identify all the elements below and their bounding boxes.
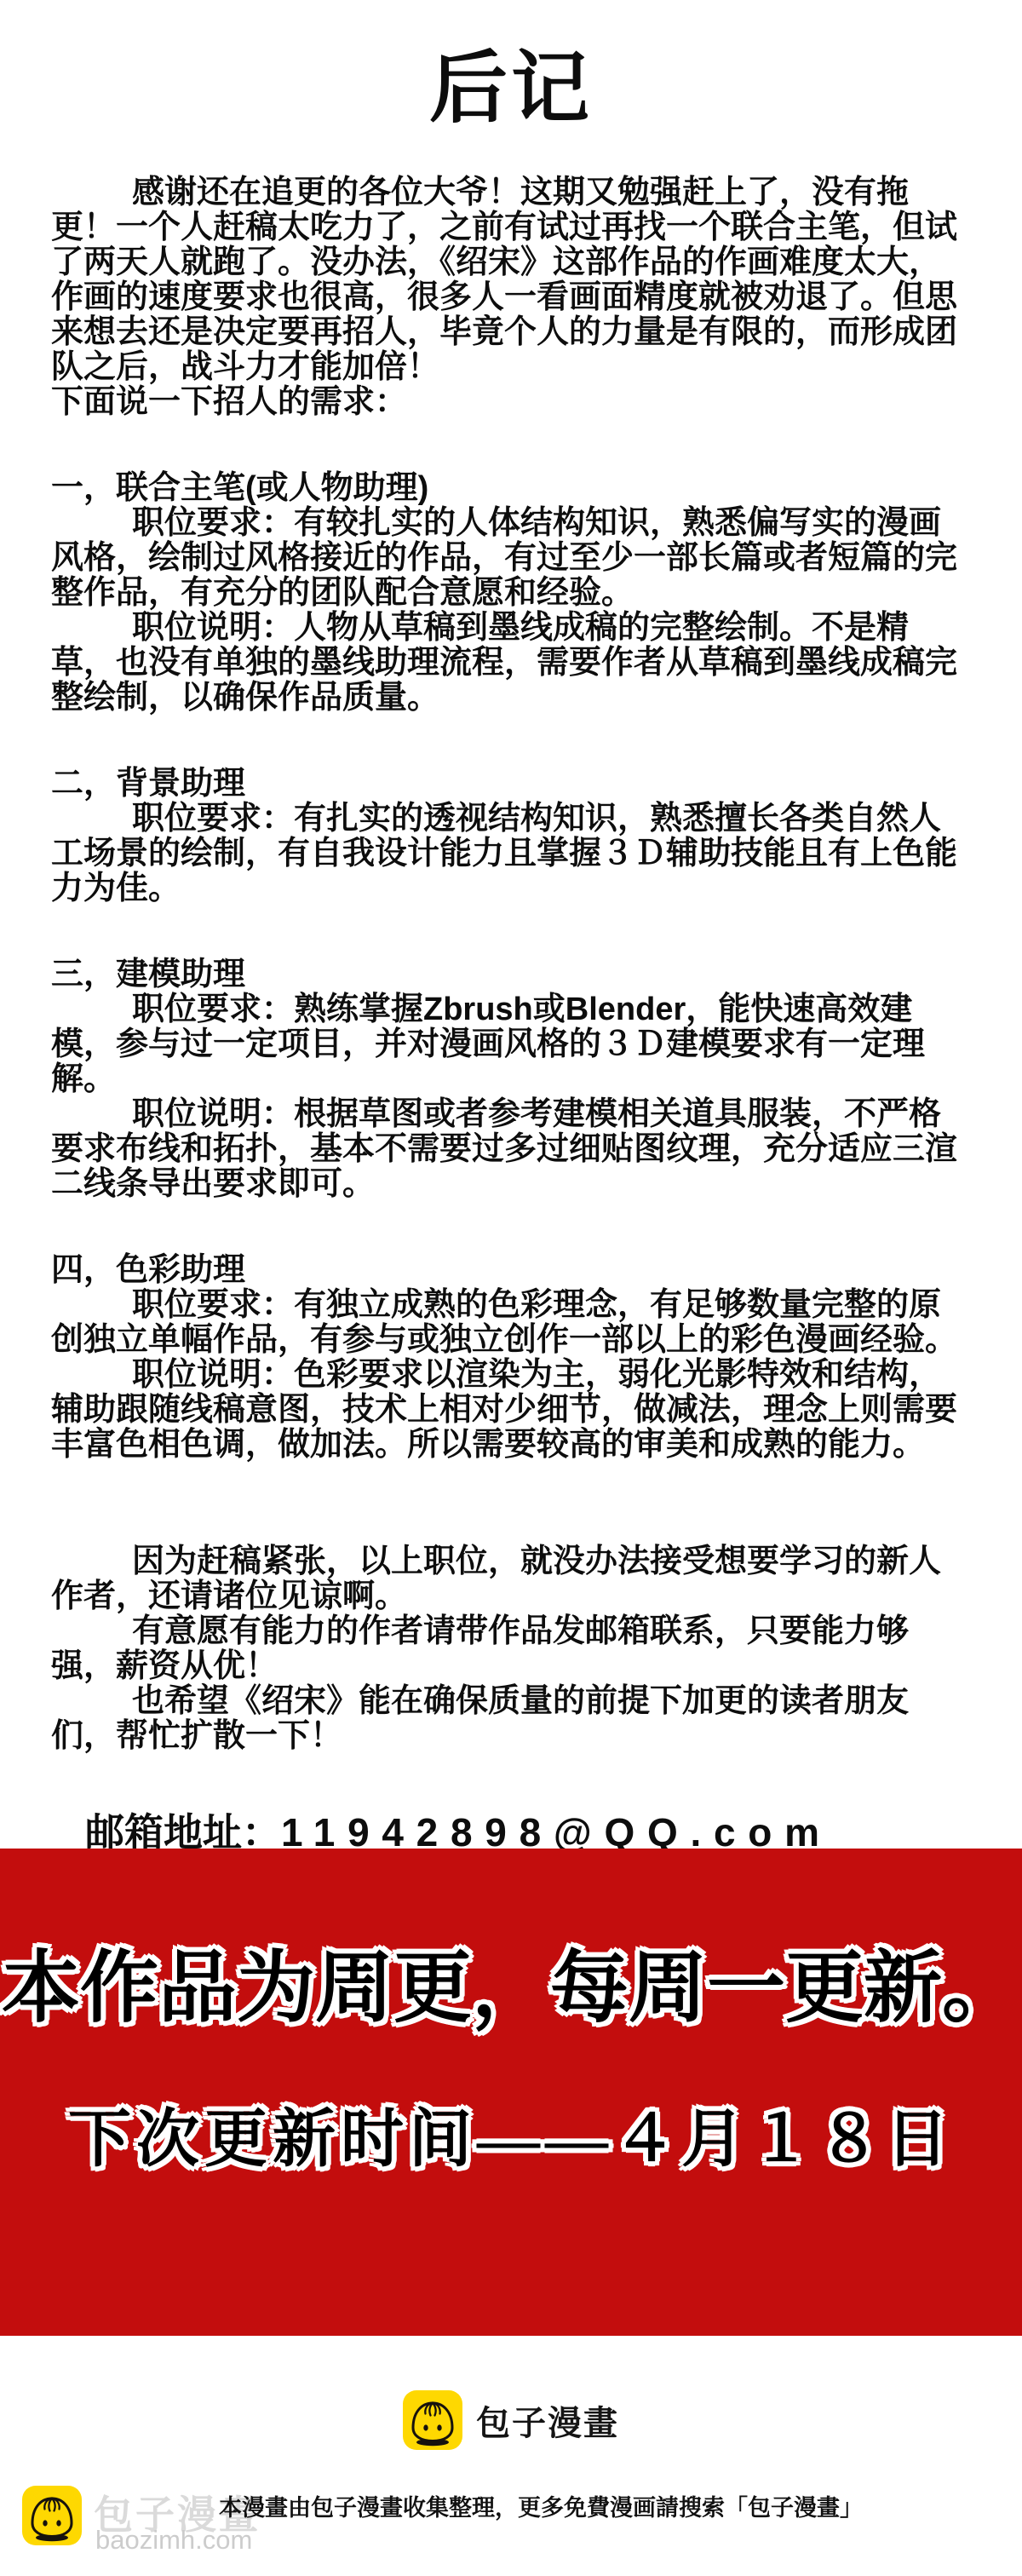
intro-paragraph: 感谢还在追更的各位大爷！这期又勉强赶上了，没有拖更！一个人赶稿太吃力了，之前有试…: [51, 175, 971, 385]
footer-bar: 包子漫畫 baozimh.com 本漫畫由包子漫畫收集整理，更多免費漫画請搜索「…: [0, 2484, 1022, 2576]
afterword-content: 后记 感谢还在追更的各位大爷！这期又勉强赶上了，没有拖更！一个人赶稿太吃力了，之…: [0, 0, 1022, 1858]
intro-block: 感谢还在追更的各位大爷！这期又勉强赶上了，没有拖更！一个人赶稿太吃力了，之前有试…: [51, 175, 971, 420]
baozi-bun-icon: [22, 2486, 82, 2550]
weekly-update-text: 本作品为周更，每周一更新。: [0, 1849, 1022, 2038]
closing-block: 因为赶稿紧张，以上职位，就没办法接受想要学习的新人作者，还请诸位见谅啊。 有意愿…: [51, 1544, 971, 1754]
email-value: 11942898@QQ.com: [281, 1810, 832, 1854]
job-section-color-assistant: 四，色彩助理 职位要求：有独立成熟的色彩理念，有足够数量完整的原创独立单幅作品，…: [51, 1253, 971, 1463]
job-requirements: 职位要求：有较扎实的人体结构知识，熟悉偏写实的漫画风格，绘制过风格接近的作品，有…: [51, 506, 971, 611]
job-section-lead-artist: 一，联合主笔(或人物助理) 职位要求：有较扎实的人体结构知识，熟悉偏写实的漫画风…: [51, 471, 971, 716]
job-description: 职位说明：色彩要求以渲染为主，弱化光影特效和结构，辅助跟随线稿意图，技术上相对少…: [51, 1358, 971, 1463]
job-description: 职位说明：人物从草稿到墨线成稿的完整绘制。不是精草，也没有单独的墨线助理流程，需…: [51, 611, 971, 716]
job-heading: 二，背景助理: [51, 767, 971, 802]
closing-paragraph: 有意愿有能力的作者请带作品发邮箱联系，只要能力够强，薪资从优！: [51, 1614, 971, 1684]
next-update-date-text: 下次更新时间——４月１８日: [0, 2089, 1022, 2179]
closing-paragraph: 因为赶稿紧张，以上职位，就没办法接受想要学习的新人作者，还请诸位见谅啊。: [51, 1544, 971, 1614]
job-heading: 三，建模助理: [51, 957, 971, 992]
job-description: 职位说明：根据草图或者参考建模相关道具服装，不严格要求布线和拓扑，基本不需要过多…: [51, 1097, 971, 1202]
publisher-logo-text: 包子漫畫: [476, 2396, 619, 2445]
job-requirements: 职位要求：有扎实的透视结构知识，熟悉擅长各类自然人工场景的绘制，有自我设计能力且…: [51, 802, 971, 906]
job-section-modeling-assistant: 三，建模助理 职位要求：熟练掌握Zbrush或Blender，能快速高效建模，参…: [51, 957, 971, 1202]
page-title: 后记: [51, 0, 971, 135]
footer-note: 本漫畫由包子漫畫收集整理，更多免費漫画請搜索「包子漫畫」: [219, 2489, 863, 2522]
update-schedule-banner: 本作品为周更，每周一更新。 下次更新时间——４月１８日: [0, 1849, 1022, 2336]
publisher-logo-lockup: 包子漫畫: [0, 2390, 1022, 2450]
closing-paragraph: 也希望《绍宋》能在确保质量的前提下加更的读者朋友们，帮忙扩散一下！: [51, 1684, 971, 1754]
job-heading: 一，联合主笔(或人物助理): [51, 471, 971, 506]
job-section-background-assistant: 二，背景助理 职位要求：有扎实的透视结构知识，熟悉擅长各类自然人工场景的绘制，有…: [51, 767, 971, 906]
baozi-bun-icon: [403, 2390, 462, 2450]
afterword-page: 后记 感谢还在追更的各位大爷！这期又勉强赶上了，没有拖更！一个人赶稿太吃力了，之…: [0, 0, 1022, 2576]
job-requirements: 职位要求：有独立成熟的色彩理念，有足够数量完整的原创独立单幅作品，有参与或独立创…: [51, 1288, 971, 1358]
email-label: 邮箱地址：: [85, 1810, 281, 1854]
watermark-site-url: baozimh.com: [95, 2525, 252, 2556]
job-requirements: 职位要求：熟练掌握Zbrush或Blender，能快速高效建模，参与过一定项目，…: [51, 992, 971, 1097]
job-heading: 四，色彩助理: [51, 1253, 971, 1288]
recruitment-lead-in: 下面说一下招人的需求：: [51, 385, 971, 420]
